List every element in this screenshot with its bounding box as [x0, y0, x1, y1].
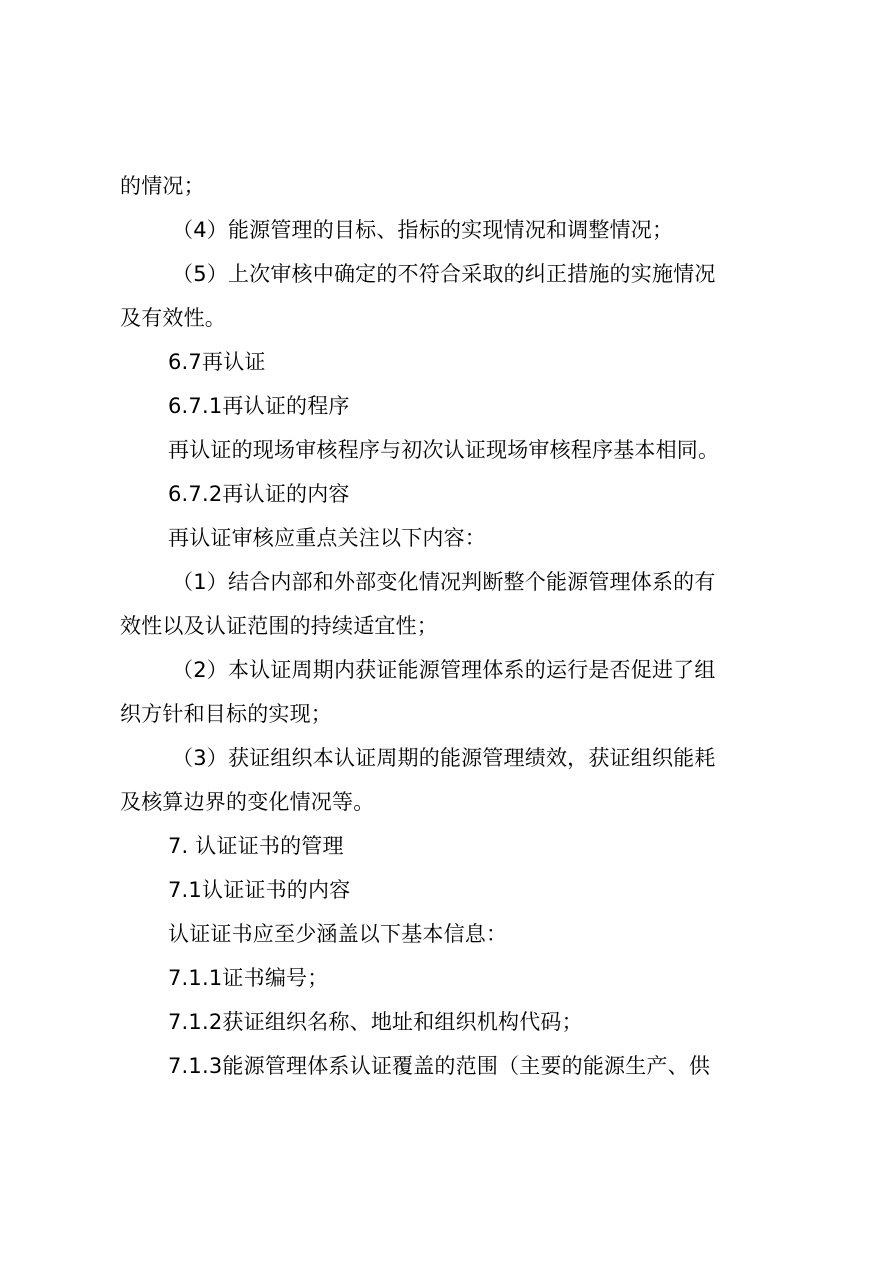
list-item-2: （2）本认证周期内获证能源管理体系的运行是否促进了组 — [120, 648, 784, 692]
continuation-line: 及核算边界的变化情况等。 — [120, 780, 784, 824]
continuation-line: 效性以及认证范围的持续适宜性； — [120, 604, 784, 648]
section-heading-7: 7. 认证证书的管理 — [120, 824, 784, 868]
section-heading-6-7-1: 6.7.1再认证的程序 — [120, 384, 784, 428]
continuation-line: 的情况； — [120, 164, 784, 208]
clause-7-1-1: 7.1.1证书编号； — [120, 956, 784, 1000]
paragraph: 再认证的现场审核程序与初次认证现场审核程序基本相同。 — [120, 428, 784, 472]
paragraph: 认证证书应至少涵盖以下基本信息： — [120, 912, 784, 956]
paragraph: 再认证审核应重点关注以下内容： — [120, 516, 784, 560]
section-heading-6-7-2: 6.7.2再认证的内容 — [120, 472, 784, 516]
section-heading-7-1: 7.1认证证书的内容 — [120, 868, 784, 912]
clause-7-1-2: 7.1.2获证组织名称、地址和组织机构代码； — [120, 1000, 784, 1044]
list-item-1: （1）结合内部和外部变化情况判断整个能源管理体系的有 — [120, 560, 784, 604]
section-heading-6-7: 6.7再认证 — [120, 340, 784, 384]
document-page: 的情况； （4）能源管理的目标、指标的实现情况和调整情况； （5）上次审核中确定… — [120, 164, 784, 1088]
continuation-line: 及有效性。 — [120, 296, 784, 340]
clause-7-1-3: 7.1.3能源管理体系认证覆盖的范围（主要的能源生产、供 — [120, 1044, 784, 1088]
list-item-5: （5）上次审核中确定的不符合采取的纠正措施的实施情况 — [120, 252, 784, 296]
list-item-3: （3）获证组织本认证周期的能源管理绩效，获证组织能耗 — [120, 736, 784, 780]
continuation-line: 织方针和目标的实现； — [120, 692, 784, 736]
list-item-4: （4）能源管理的目标、指标的实现情况和调整情况； — [120, 208, 784, 252]
